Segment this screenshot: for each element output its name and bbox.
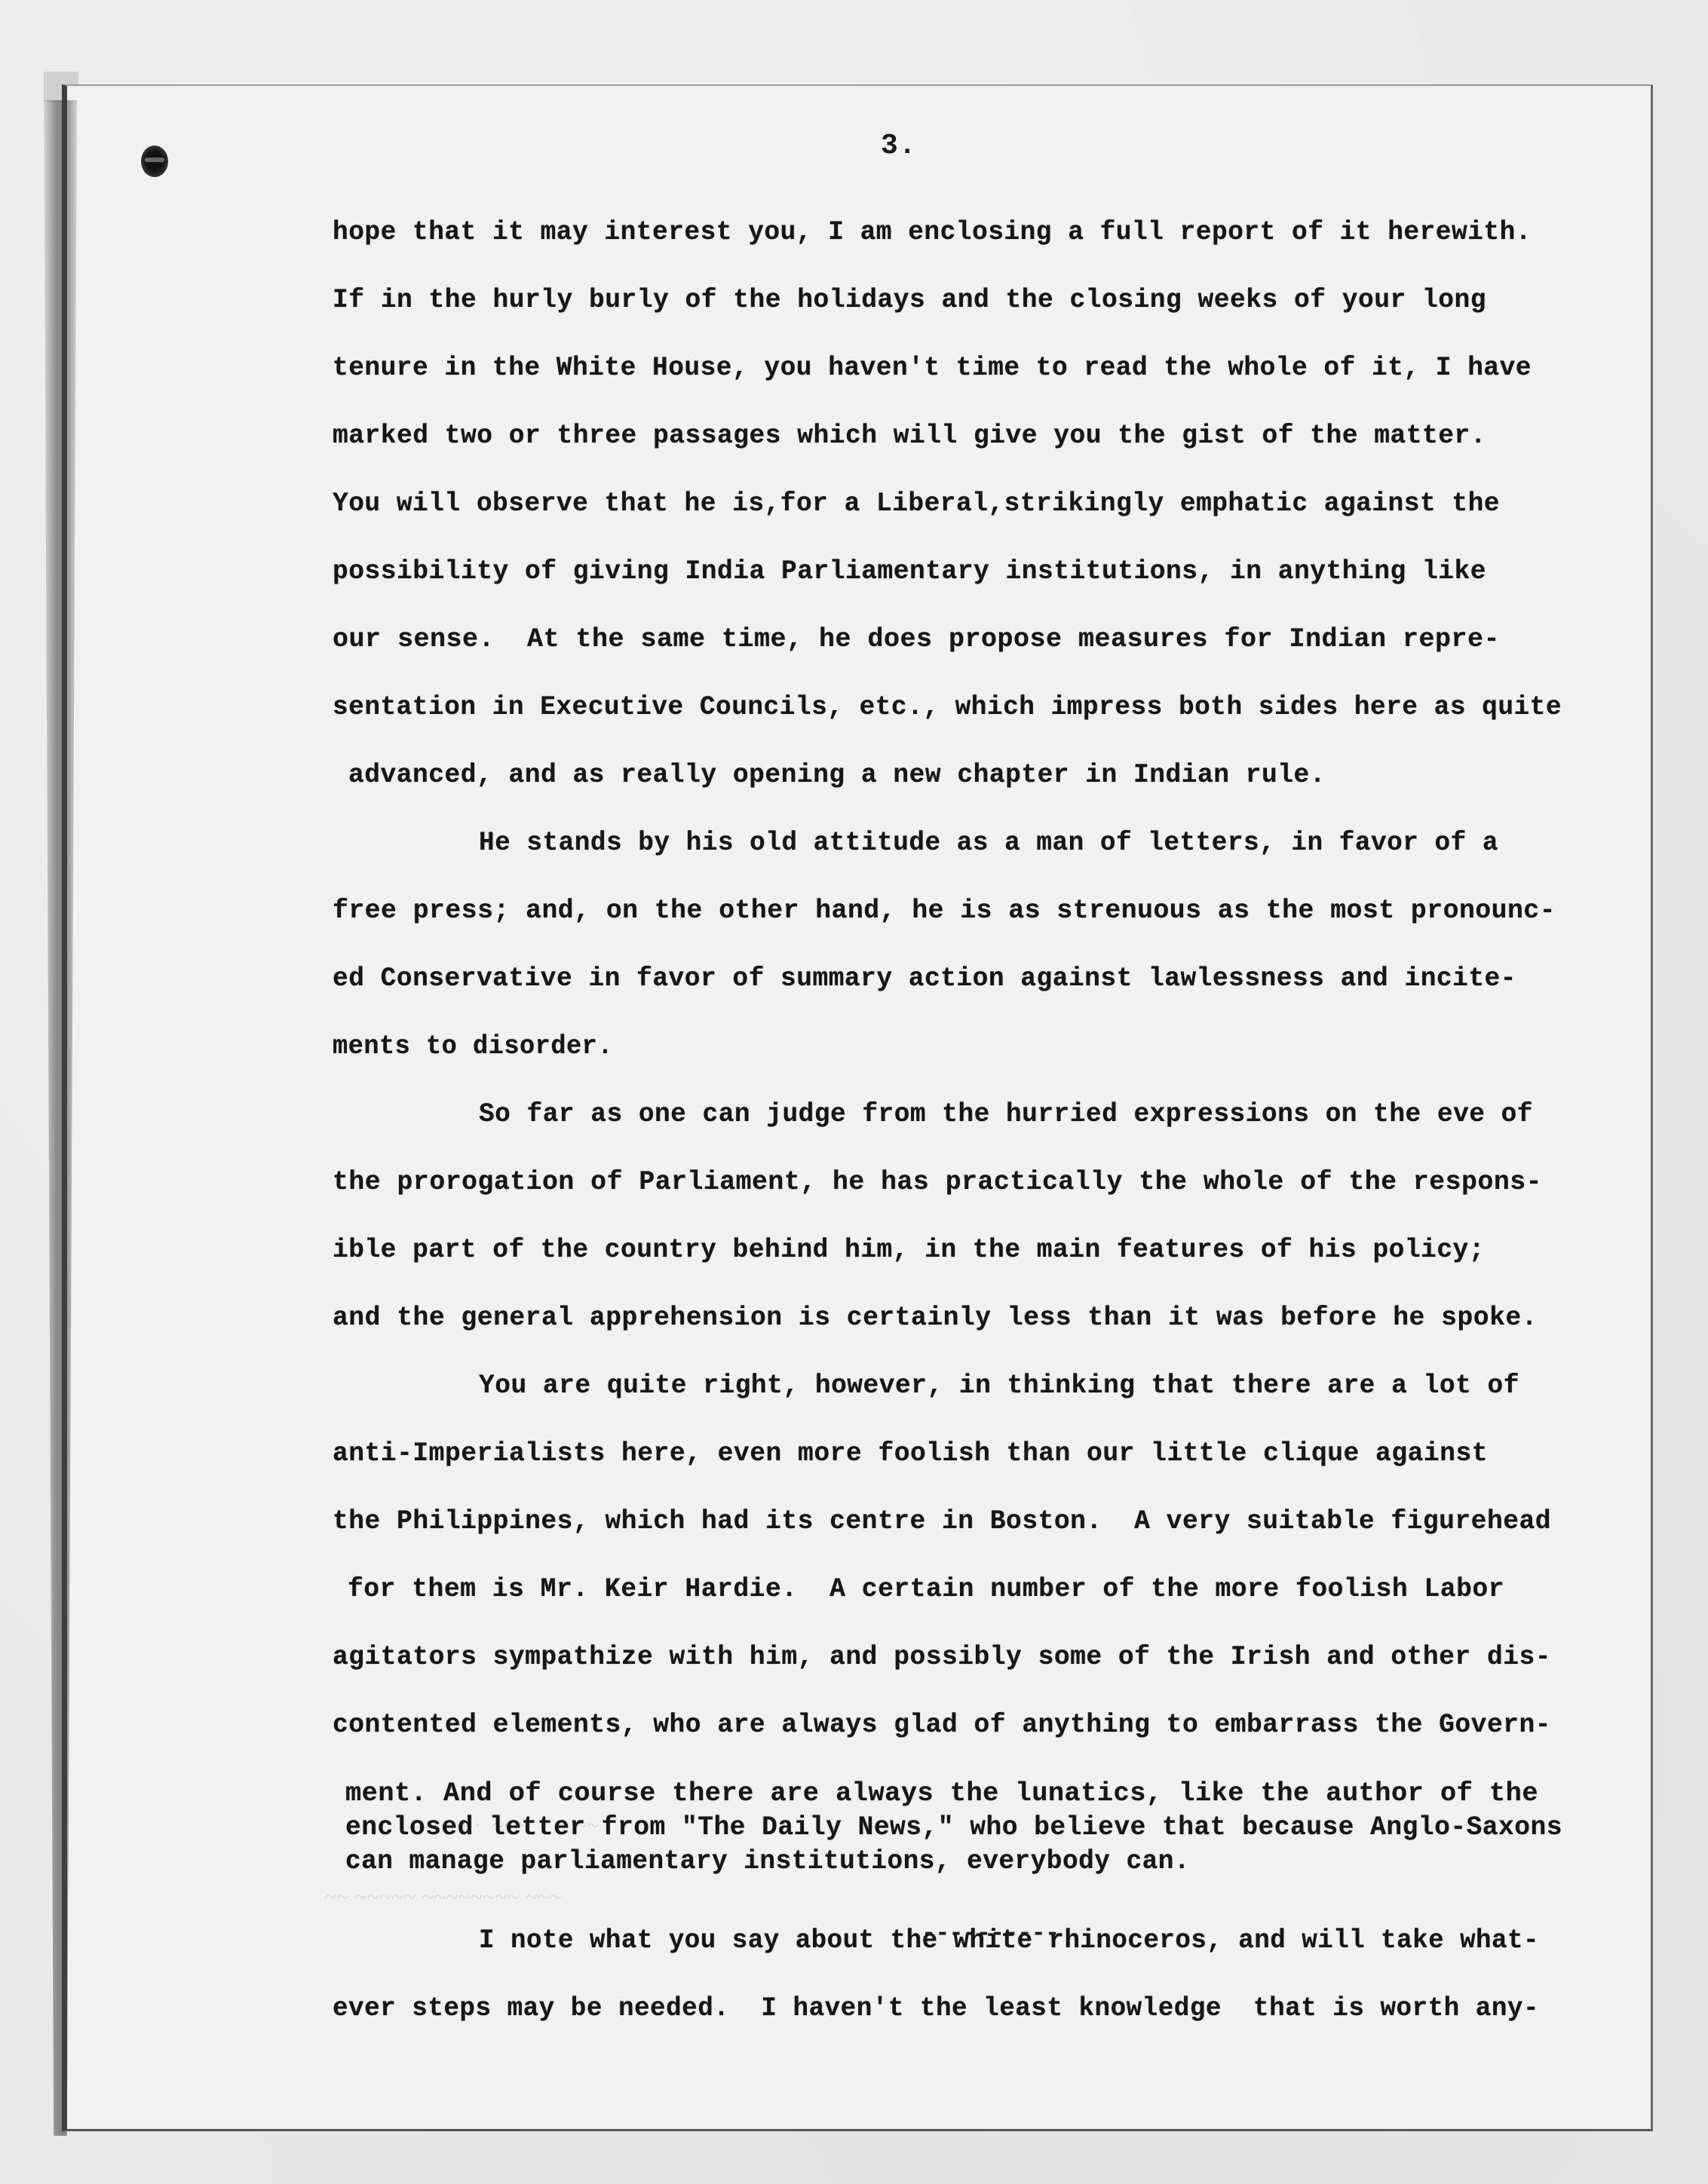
punch-hole-icon	[141, 145, 168, 177]
text-line: He stands by his old attitude as a man o…	[479, 828, 1498, 858]
text-line: sentation in Executive Councils, etc., w…	[333, 692, 1562, 722]
text-line: So far as one can judge from the hurried…	[479, 1099, 1533, 1129]
text-line: enclosed letter from "The Daily News," w…	[345, 1812, 1562, 1842]
text-line: and the general apprehension is certainl…	[333, 1303, 1538, 1333]
text-line: marked two or three passages which will …	[333, 421, 1486, 451]
text-line: anti-Imperialists here, even more foolis…	[333, 1438, 1488, 1469]
text-line: for them is Mr. Keir Hardie. A certain n…	[348, 1574, 1504, 1604]
text-line: You are quite right, however, in thinkin…	[479, 1371, 1519, 1401]
text-line: free press; and, on the other hand, he i…	[333, 896, 1556, 926]
text-line: ed Conservative in favor of summary acti…	[333, 963, 1516, 994]
text-line: ment. And of course there are always the…	[345, 1778, 1538, 1809]
text-line: If in the hurly burly of the holidays an…	[333, 285, 1486, 315]
page-number: 3.	[881, 130, 917, 162]
text-line: advanced, and as really opening a new ch…	[348, 760, 1326, 790]
text-line: ible part of the country behind him, in …	[333, 1235, 1485, 1265]
text-line: the Philippines, which had its centre in…	[333, 1506, 1551, 1536]
text-line: ever steps may be needed. I haven't the …	[333, 1993, 1539, 2023]
text-line: agitators sympathize with him, and possi…	[333, 1642, 1551, 1672]
text-line: the prorogation of Parliament, he has pr…	[333, 1167, 1542, 1197]
bleed-through-text: ~~ ~~~~~ ~~~~~~~~ ~~~	[324, 1885, 562, 1910]
text-line: possibility of giving India Parliamentar…	[333, 556, 1486, 587]
text-line: ments to disorder.	[333, 1031, 613, 1061]
text-line: hope that it may interest you, I am encl…	[333, 217, 1532, 247]
text-line: You will observe that he is,for a Libera…	[333, 489, 1500, 519]
text-line: our sense. At the same time, he does pro…	[333, 624, 1500, 654]
section-separator: ----------	[921, 1919, 1059, 1947]
text-line: tenure in the White House, you haven't t…	[333, 353, 1532, 383]
text-line: contented elements, who are always glad …	[333, 1710, 1551, 1740]
text-line: can manage parliamentary institutions, e…	[345, 1846, 1190, 1876]
